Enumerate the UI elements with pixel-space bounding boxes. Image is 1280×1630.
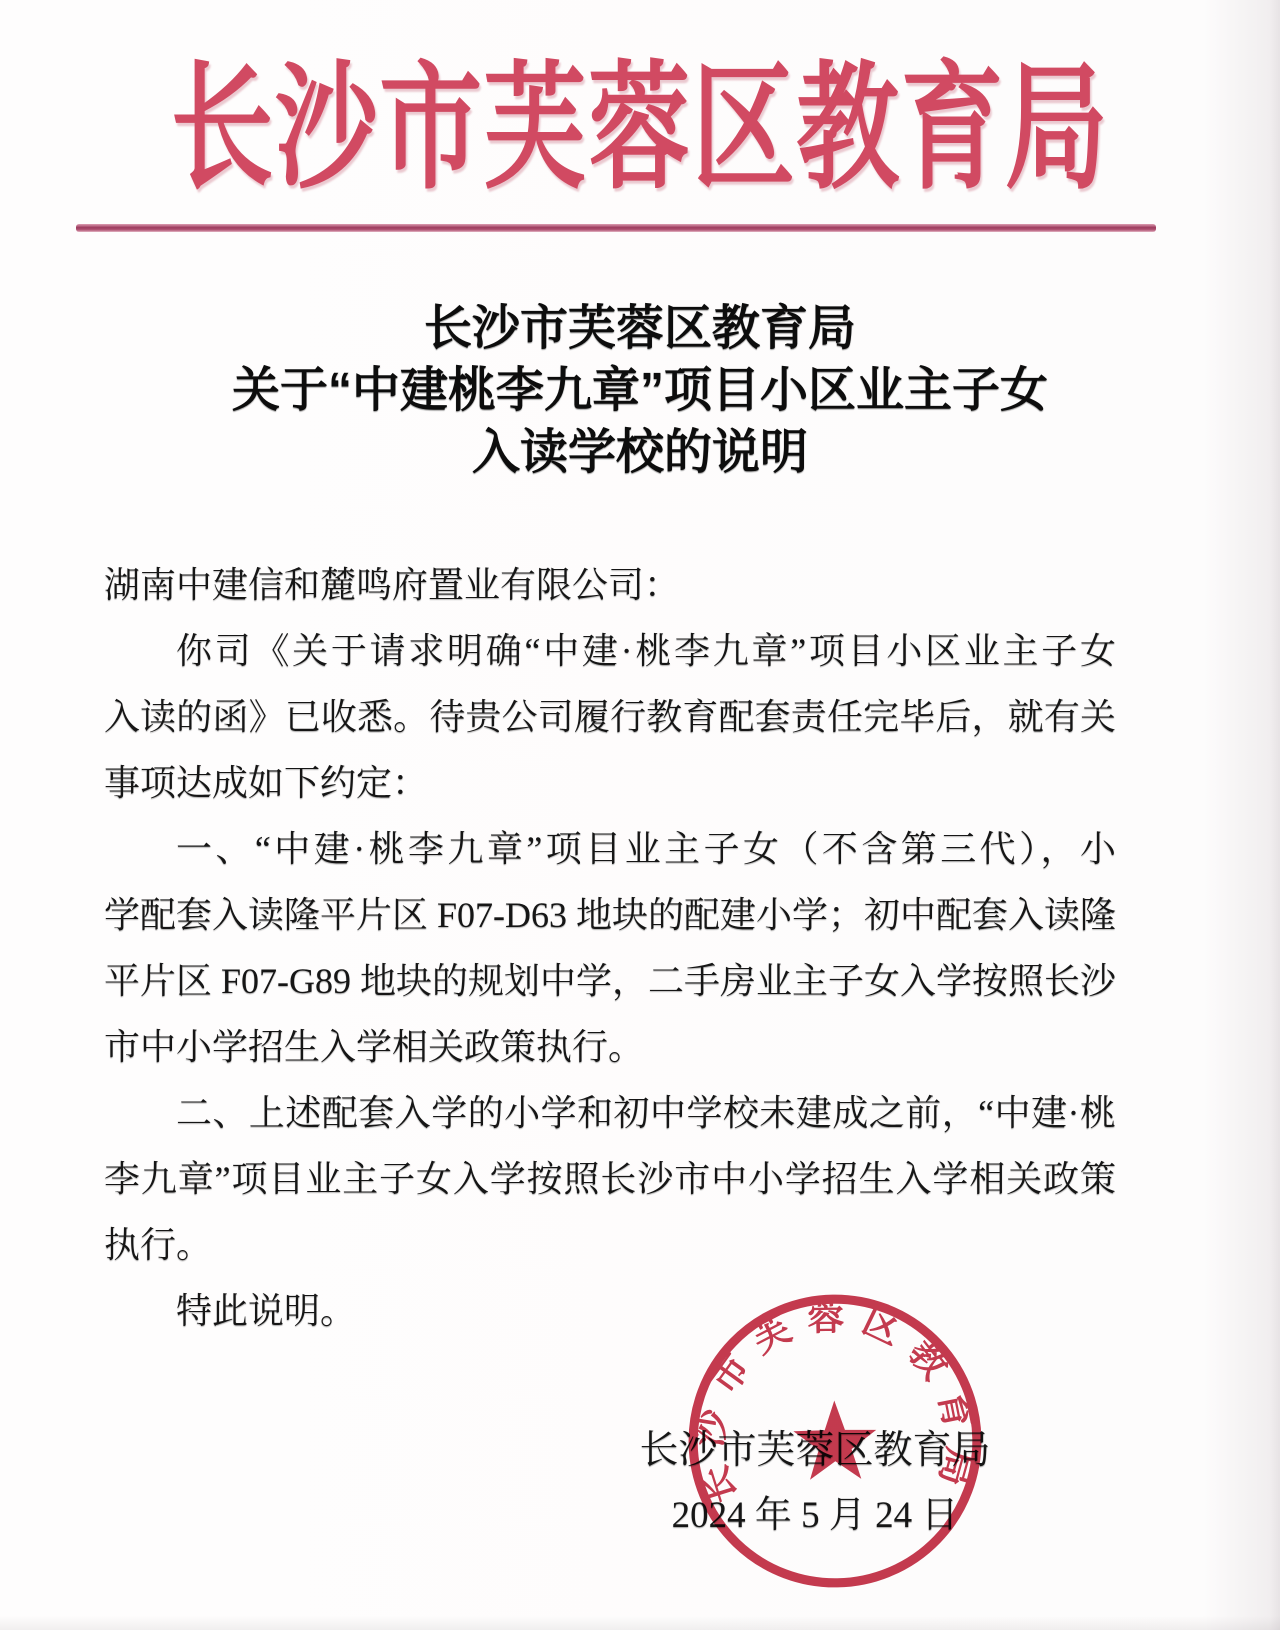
body-line: 平片区 F07-G89 地块的规划中学，二手房业主子女入学按照长沙 (104, 948, 1116, 1014)
body-line: 学配套入读隆平片区 F07-D63 地块的配建小学；初中配套入读隆 (104, 882, 1116, 948)
official-seal-stamp: 长沙市芙蓉区教育局 (680, 1286, 989, 1595)
body-line: 入读的函》已收悉。待贵公司履行教育配套责任完毕后，就有关 (104, 684, 1116, 750)
star-icon (793, 1400, 877, 1480)
letterhead: 长沙市芙蓉区教育局 (0, 44, 1280, 216)
body-line: 湖南中建信和麓鸣府置业有限公司： (104, 552, 1116, 618)
body-line: 一、“中建·桃李九章”项目业主子女（不含第三代），小 (104, 816, 1116, 882)
body-line: 执行。 (104, 1212, 1116, 1278)
body-line: 你司《关于请求明确“中建·桃李九章”项目小区业主子女 (104, 618, 1116, 684)
body-line: 李九章”项目业主子女入学按照长沙市中小学招生入学相关政策 (104, 1146, 1116, 1212)
body-text: 湖南中建信和麓鸣府置业有限公司：你司《关于请求明确“中建·桃李九章”项目小区业主… (104, 552, 1116, 1344)
doc-title-line: 入读学校的说明 (0, 422, 1280, 484)
letterhead-agency-name: 长沙市芙蓉区教育局 (171, 61, 1110, 199)
body-line: 市中小学招生入学相关政策执行。 (104, 1014, 1116, 1080)
doc-title-line: 关于“中建桃李九章”项目小区业主子女 (0, 360, 1280, 422)
document-page: 长沙市芙蓉区教育局 长沙市芙蓉区教育局 关于“中建桃李九章”项目小区业主子女 入… (0, 0, 1280, 1630)
seal-graphic: 长沙市芙蓉区教育局 (680, 1286, 989, 1595)
letterhead-red-rule (76, 224, 1156, 232)
document-title: 长沙市芙蓉区教育局 关于“中建桃李九章”项目小区业主子女 入读学校的说明 (0, 298, 1280, 484)
body-line: 事项达成如下约定： (104, 750, 1116, 816)
doc-title-line: 长沙市芙蓉区教育局 (0, 298, 1280, 360)
body-line: 二、上述配套入学的小学和初中学校未建成之前，“中建·桃 (104, 1080, 1116, 1146)
